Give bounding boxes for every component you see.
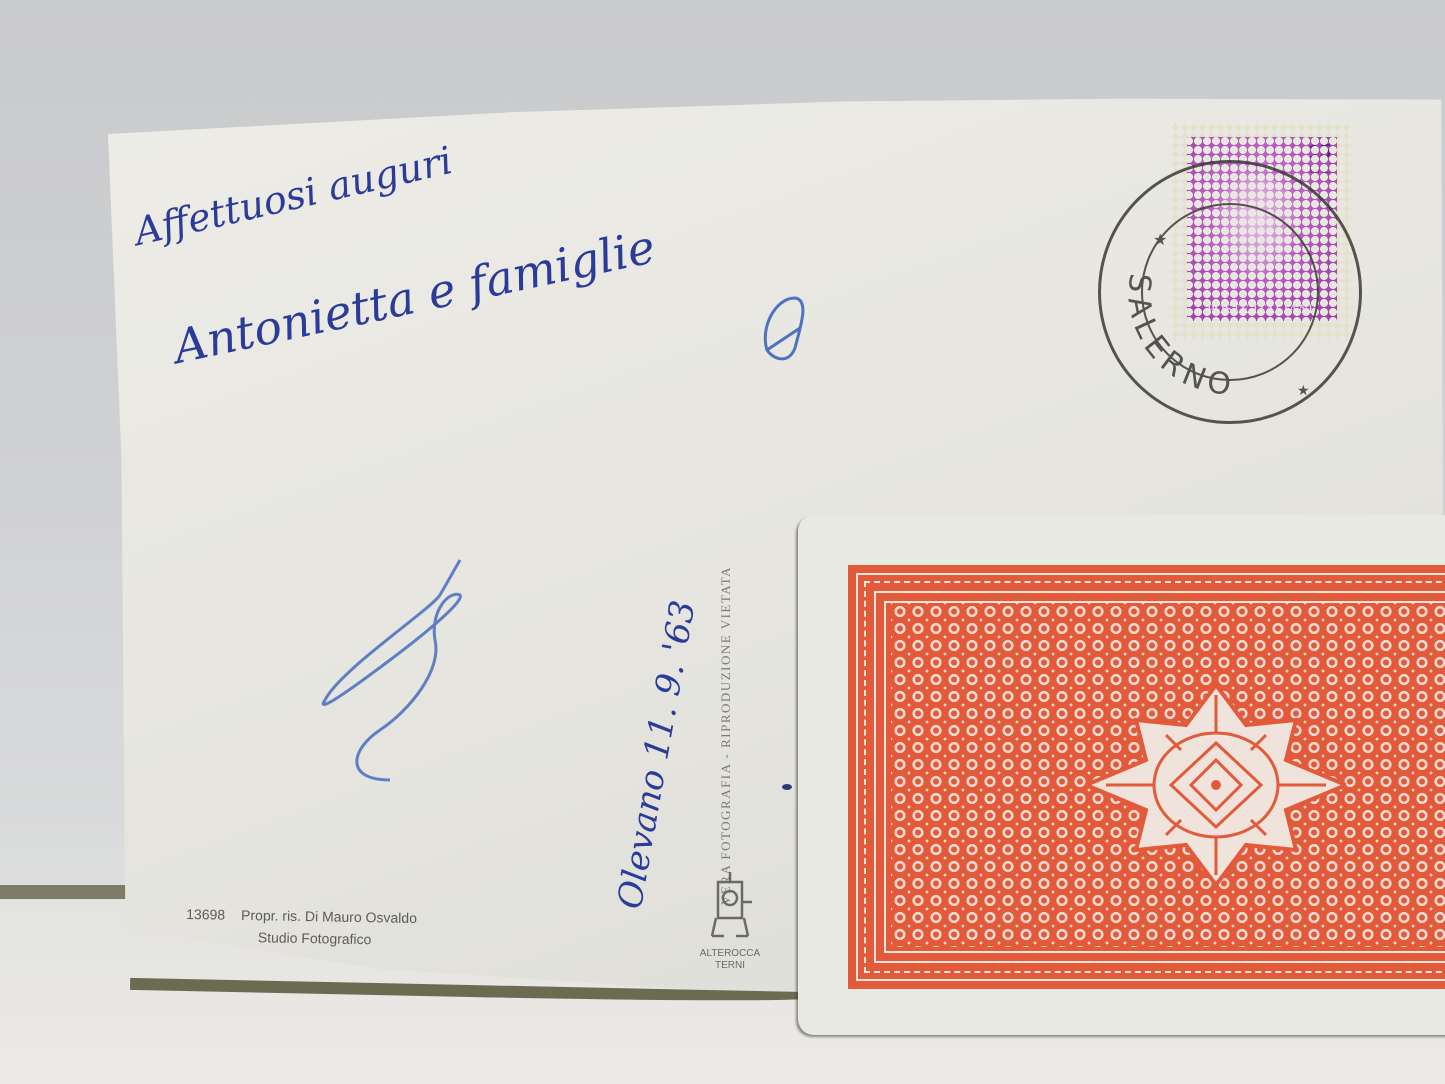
svg-text:SALERNO: SALERNO (1120, 272, 1238, 403)
publisher-name: ALTEROCCA (695, 948, 765, 960)
postmark-star-icon: ★ (1153, 232, 1167, 249)
printed-credits: 13698Propr. ris. Di Mauro Osvaldo Studio… (186, 903, 418, 951)
printing-press-icon (708, 870, 752, 944)
postmark: SALERNO ★ ★ (1098, 160, 1362, 424)
publisher-logo: ALTEROCCA TERNI (695, 870, 765, 972)
catalog-number: 13698 (186, 906, 225, 923)
pen-dot-mark (781, 782, 793, 792)
postmark-star-icon-2: ★ (1297, 382, 1310, 398)
pen-scribble (310, 550, 480, 790)
publisher-city: TERNI (695, 960, 765, 972)
playing-card (798, 515, 1445, 1035)
postmark-city: SALERNO (1120, 272, 1238, 403)
credits-line2: Studio Fotografico (186, 925, 417, 951)
credits-line1: Propr. ris. Di Mauro Osvaldo (241, 907, 417, 926)
printed-copyright-vertical: VERA FOTOGRAFIA - RIPRODUZIONE VIETATA (718, 566, 734, 905)
shadow-strip (0, 885, 140, 899)
pen-loop-mark (760, 288, 810, 368)
card-star-medallion-icon (1086, 685, 1346, 885)
